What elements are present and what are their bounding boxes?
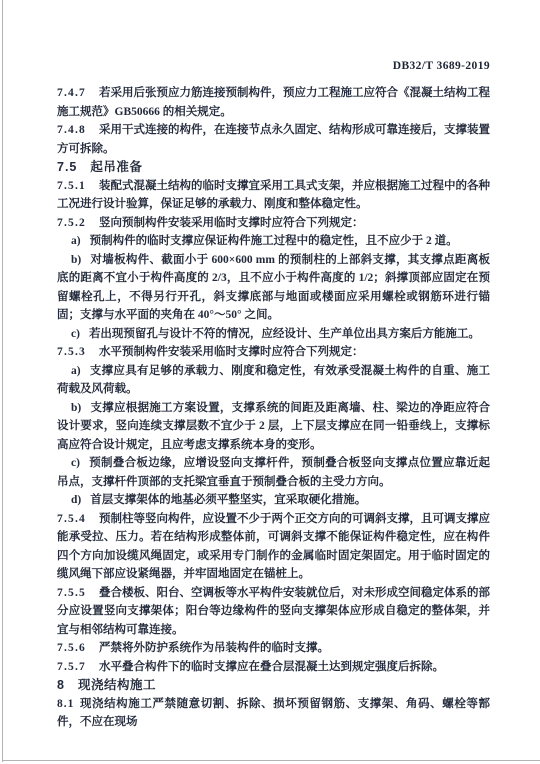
section-heading-8: 8现浇结构施工	[57, 676, 490, 695]
clause-number: 8.1	[57, 698, 74, 710]
clause-7-5-5: 7.5.5叠合楼板、阳台、空调板等水平构件安装就位后，对未形成空间稳定体系的部分…	[57, 584, 490, 640]
page-number: 7	[478, 698, 484, 710]
item-text: 预制叠合板边缘，应增设竖向支撑杆件，预制叠合板竖向支撑点位置应靠近起吊点，支撑杆…	[57, 457, 490, 488]
clause-number: 7.5.7	[57, 661, 86, 673]
document-body: 7.4.7若采用后张预应力筋连接预制构件，预应力工程施工应符合《混凝土结构工程施…	[57, 84, 490, 732]
item-text: 预制构件的临时支撑应保证构件施工过程中的稳定性，且不应少于 2 道。	[90, 235, 458, 247]
clause-text: 采用干式连接的构件，在连接节点永久固定、结构形成可靠连接后，支撑装置方可拆除。	[57, 124, 490, 155]
section-heading-7-5: 7.5起吊准备	[57, 158, 490, 177]
item-letter: c)	[71, 457, 80, 469]
scan-border-bottom	[2, 760, 540, 761]
item-letter: d)	[71, 494, 81, 506]
clause-number: 7.5.2	[57, 217, 86, 229]
item-text: 支撑应根据施工方案设置，支撑系统的间距及距离墙、柱、梁边的净距应符合设计要求，竖…	[57, 402, 490, 451]
item-letter: a)	[71, 365, 81, 377]
clause-text: 严禁将外防护系统作为吊装构件的临时支撑。	[99, 642, 329, 654]
clause-7-5-2: 7.5.2竖向预制构件安装采用临时支撑时应符合下列规定：	[57, 214, 490, 233]
list-item-c: c)若出现预留孔与设计不符的情况，应经设计、生产单位出具方案后方能施工。	[57, 325, 490, 344]
clause-7-5-6: 7.5.6严禁将外防护系统作为吊装构件的临时支撑。	[57, 639, 490, 658]
standard-code: DB32/T 3689-2019	[393, 60, 490, 72]
clause-8-1: 8.1现浇结构施工严禁随意切割、拆除、损坏预留钢筋、支撑架、角码、螺栓等部件，不…	[57, 695, 490, 732]
document-page: DB32/T 3689-2019 7.4.7若采用后张预应力筋连接预制构件，预应…	[0, 0, 540, 764]
clause-text: 现浇结构施工严禁随意切割、拆除、损坏预留钢筋、支撑架、角码、螺栓等部件，不应在现…	[57, 698, 490, 729]
clause-7-5-7: 7.5.7水平叠合构件下的临时支撑应在叠合层混凝土达到规定强度后拆除。	[57, 658, 490, 677]
list-item-c: c)预制叠合板边缘，应增设竖向支撑杆件，预制叠合板竖向支撑点位置应靠近起吊点，支…	[57, 454, 490, 491]
section-number: 8	[57, 678, 65, 692]
item-text: 支撑应具有足够的承载力、刚度和稳定性，有效承受混凝土构件的自重、施工荷载及风荷载…	[57, 365, 490, 396]
list-item-a: a)支撑应具有足够的承载力、刚度和稳定性，有效承受混凝土构件的自重、施工荷载及风…	[57, 362, 490, 399]
clause-7-4-7: 7.4.7若采用后张预应力筋连接预制构件，预应力工程施工应符合《混凝土结构工程施…	[57, 84, 490, 121]
item-text: 若出现预留孔与设计不符的情况，应经设计、生产单位出具方案后方能施工。	[89, 328, 480, 340]
clause-text: 水平叠合构件下的临时支撑应在叠合层混凝土达到规定强度后拆除。	[99, 661, 444, 673]
clause-number: 7.5.3	[57, 346, 86, 358]
clause-number: 7.5.1	[57, 180, 86, 192]
clause-7-5-3: 7.5.3水平预制构件安装采用临时支撑时应符合下列规定：	[57, 343, 490, 362]
clause-text: 装配式混凝土结构的临时支撑宜采用工具式支架，并应根据施工过程中的各种工况进行设计…	[57, 180, 490, 211]
clause-number: 7.5.6	[57, 642, 86, 654]
clause-text: 预制柱等竖向构件，应设置不少于两个正交方向的可调斜支撑，且可调支撑应能承受拉、压…	[57, 513, 490, 581]
item-text: 对墙板构件、截面小于 600×600 mm 的预制柱的上部斜支撑，其支撑点距离板…	[57, 254, 490, 322]
scan-border-left	[2, 0, 3, 762]
clause-number: 7.4.7	[57, 87, 86, 99]
list-item-b: b)支撑应根据施工方案设置，支撑系统的间距及距离墙、柱、梁边的净距应符合设计要求…	[57, 399, 490, 455]
clause-text: 叠合楼板、阳台、空调板等水平构件安装就位后，对未形成空间稳定体系的部分应设置竖向…	[57, 587, 490, 636]
section-title: 现浇结构施工	[78, 678, 156, 692]
clause-7-5-4: 7.5.4预制柱等竖向构件，应设置不少于两个正交方向的可调斜支撑，且可调支撑应能…	[57, 510, 490, 584]
clause-text: 若采用后张预应力筋连接预制构件，预应力工程施工应符合《混凝土结构工程施工规范》G…	[57, 87, 490, 118]
list-item-d: d)首层支撑架体的地基必须平整坚实，宜采取硬化措施。	[57, 491, 490, 510]
clause-text: 水平预制构件安装采用临时支撑时应符合下列规定：	[99, 346, 364, 358]
list-item-a: a)预制构件的临时支撑应保证构件施工过程中的稳定性，且不应少于 2 道。	[57, 232, 490, 251]
clause-text: 竖向预制构件安装采用临时支撑时应符合下列规定：	[99, 217, 364, 229]
clause-number: 7.4.8	[57, 124, 86, 136]
clause-number: 7.5.4	[57, 513, 86, 525]
list-item-b: b)对墙板构件、截面小于 600×600 mm 的预制柱的上部斜支撑，其支撑点距…	[57, 251, 490, 325]
clause-number: 7.5.5	[57, 587, 86, 599]
item-letter: b)	[71, 254, 81, 266]
section-number: 7.5	[57, 160, 77, 174]
item-letter: b)	[71, 402, 81, 414]
clause-7-4-8: 7.4.8采用干式连接的构件，在连接节点永久固定、结构形成可靠连接后，支撑装置方…	[57, 121, 490, 158]
item-letter: a)	[71, 235, 81, 247]
item-text: 首层支撑架体的地基必须平整坚实，宜采取硬化措施。	[90, 494, 366, 506]
section-title: 起吊准备	[90, 160, 142, 174]
item-letter: c)	[71, 328, 80, 340]
clause-7-5-1: 7.5.1装配式混凝土结构的临时支撑宜采用工具式支架，并应根据施工过程中的各种工…	[57, 177, 490, 214]
